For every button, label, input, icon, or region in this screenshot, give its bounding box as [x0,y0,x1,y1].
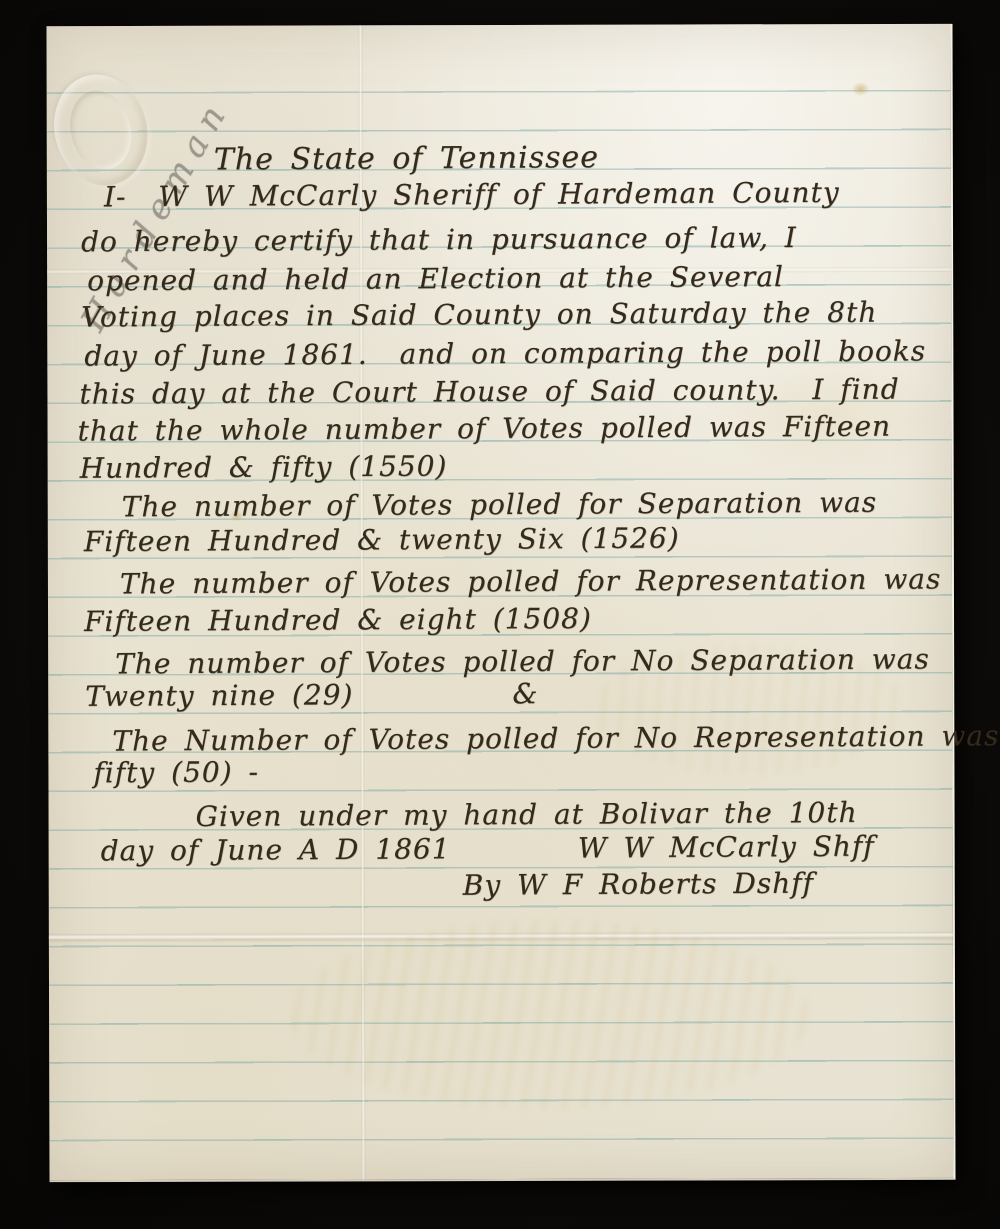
embossed-seal [42,65,159,196]
letter-line: The number of Votes polled for Represent… [120,562,942,600]
letter-line: The number of Votes polled for No Separa… [115,642,930,680]
letter-line: this day at the Court House of Said coun… [79,373,899,411]
letter-line-separation-votes: Fifteen Hundred & twenty Six (1526) [84,521,680,558]
document-page: Hardeman The State of Tennissee I- W W M… [46,24,955,1182]
letter-title: The State of Tennissee [214,140,599,177]
letter-line: I- W W McCarly Sheriff of Hardeman Count… [104,176,840,213]
letter-line-total-votes: Hundred & fifty (1550) [80,449,448,484]
bleed-through-marks [289,919,809,1110]
letter-line-deputy-signature: By W F Roberts Dshff [463,867,814,902]
letter-line: Voting places in Said County on Saturday… [81,296,877,334]
letter-line: The Number of Votes polled for No Repres… [112,719,999,757]
letter-line-no-representation-votes: fifty (50) - [93,755,259,789]
letter-line: day of June 1861. and on comparing the p… [84,334,926,372]
horizontal-fold-crease-lower [49,932,953,940]
letter-line: do hereby certify that in pursuance of l… [81,221,797,258]
letter-line: The number of Votes polled for Separatio… [122,486,878,524]
letter-line: opened and held an Election at the Sever… [87,260,784,297]
letter-line-signature: day of June A D 1861 W W McCarly Shff [101,830,875,868]
letter-line-attestation: Given under my hand at Bolivar the 10th [195,796,857,833]
letter-line-no-separation-votes: Twenty nine (29) & [85,677,538,713]
ink-stain [852,82,870,96]
letter-line-representation-votes: Fifteen Hundred & eight (1508) [84,602,592,638]
letter-line: that the whole number of Votes polled wa… [77,410,891,448]
photograph-background: Hardeman The State of Tennissee I- W W M… [0,0,1000,1229]
